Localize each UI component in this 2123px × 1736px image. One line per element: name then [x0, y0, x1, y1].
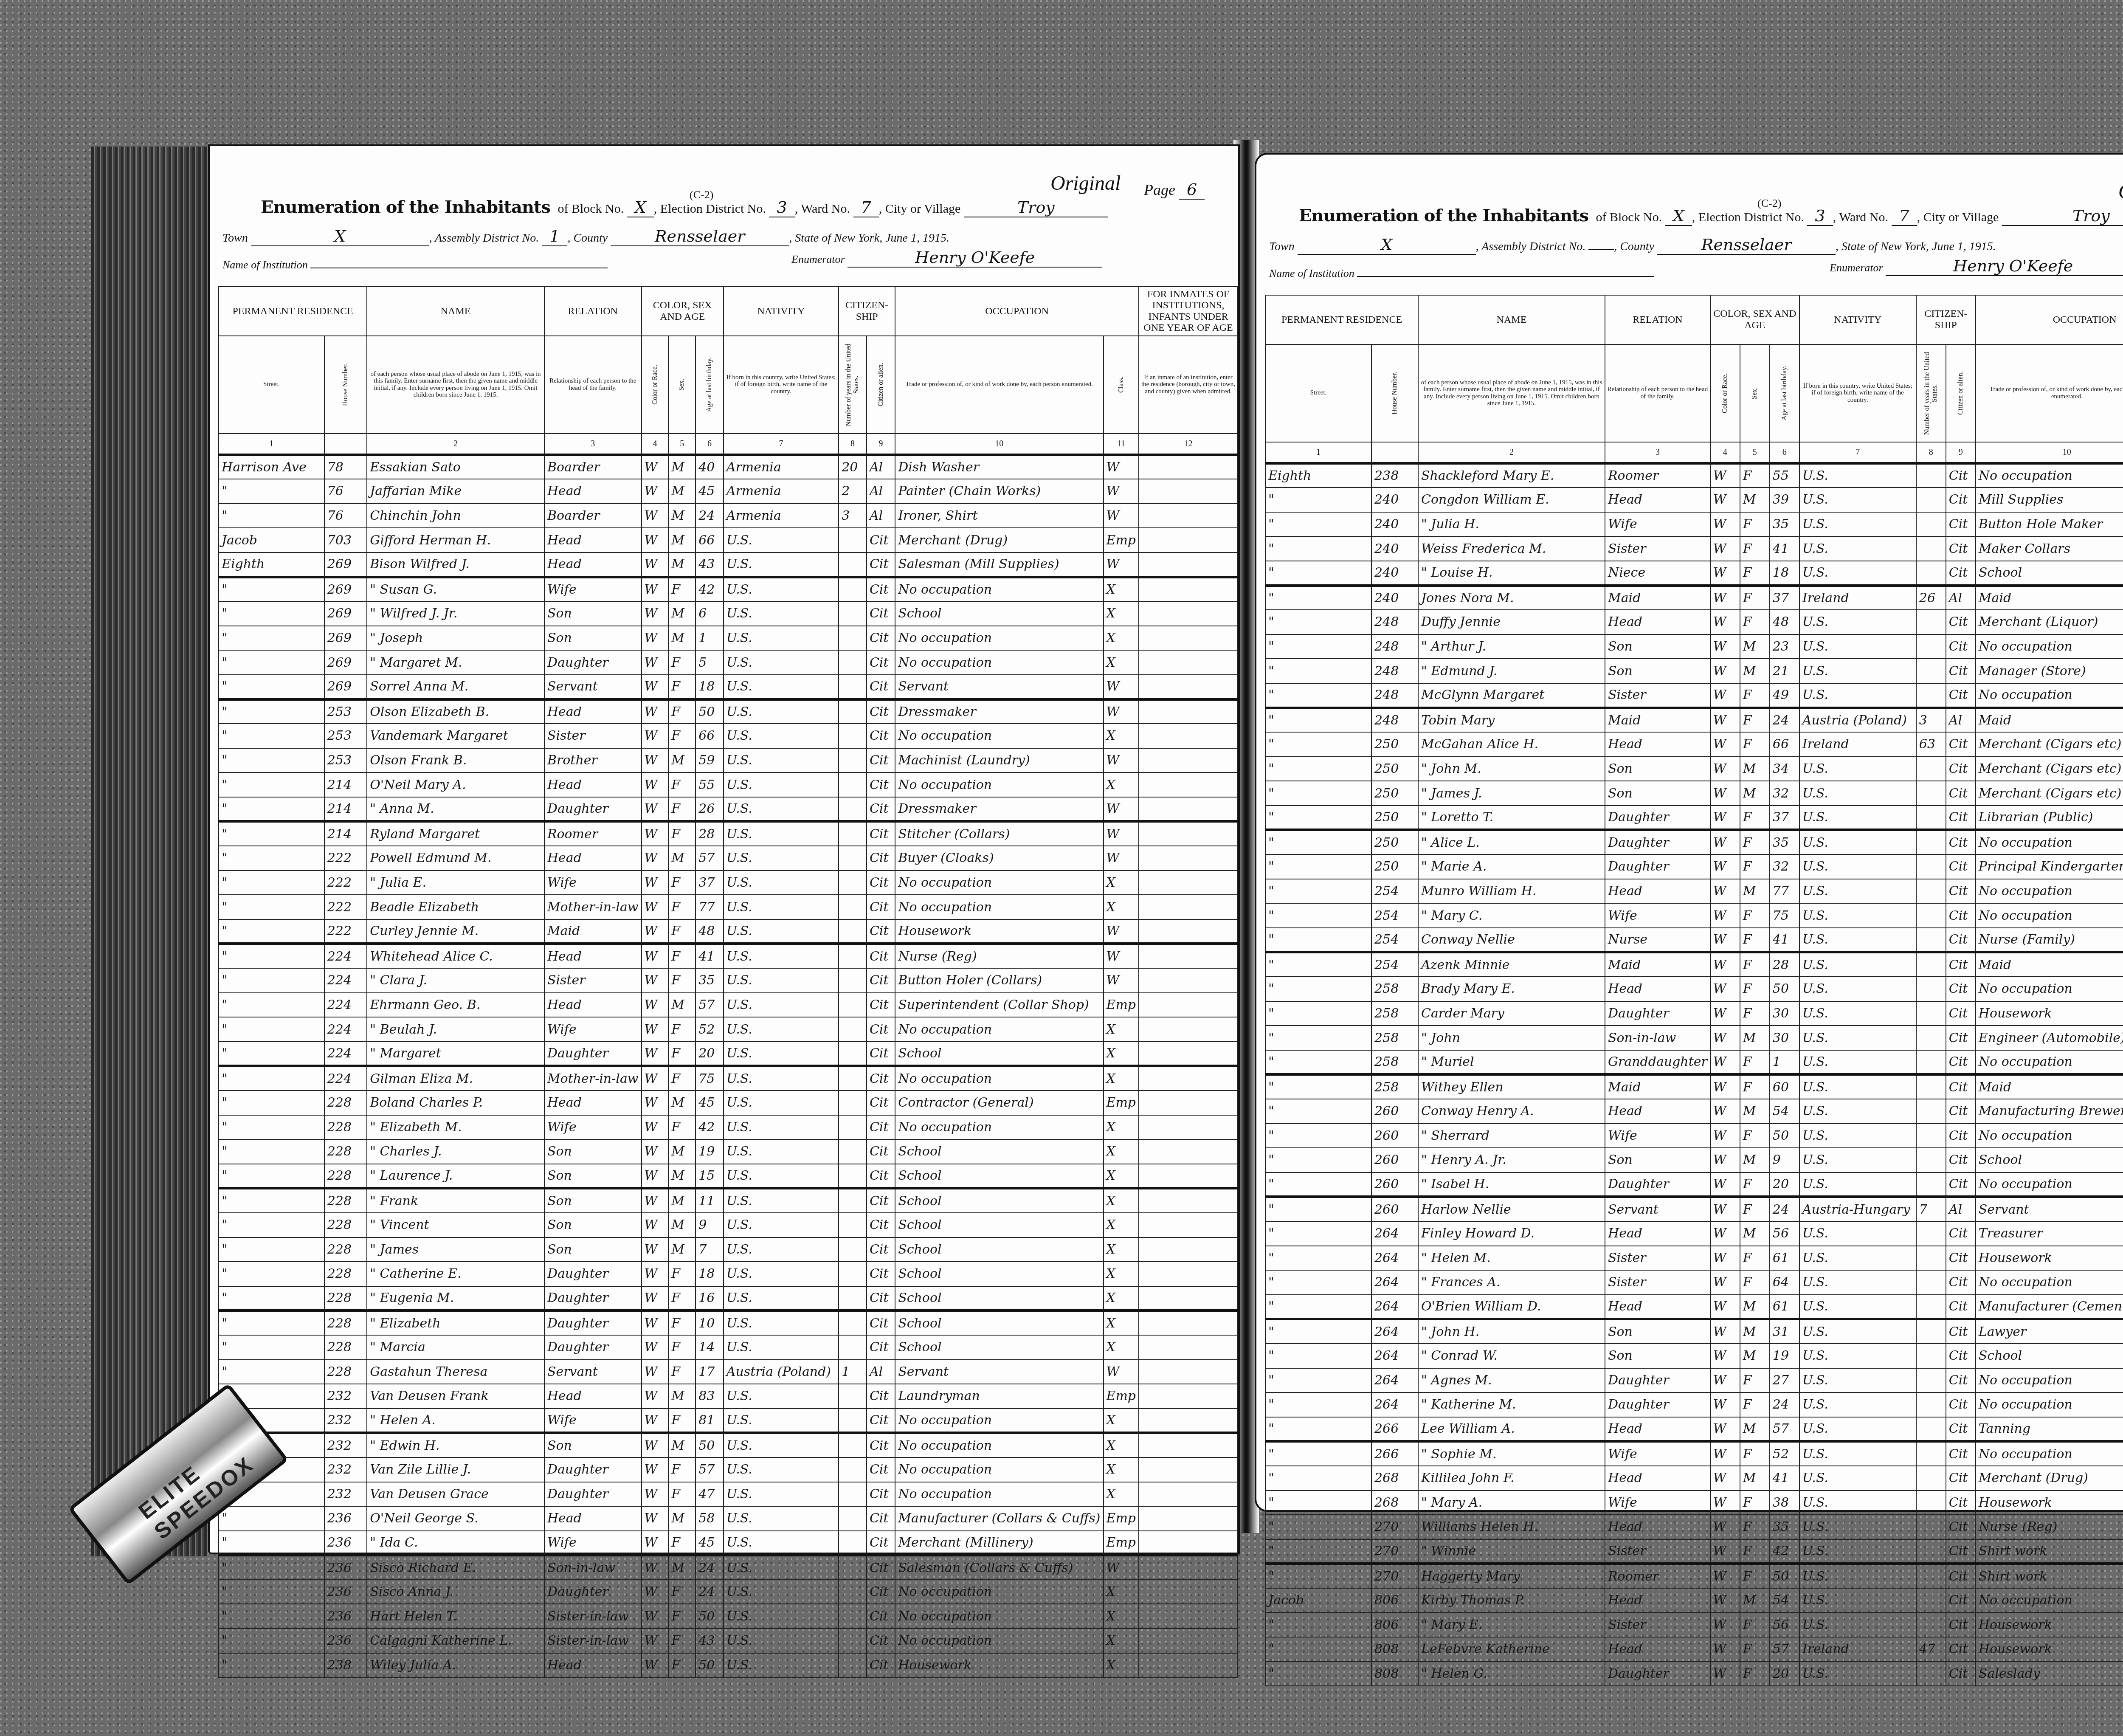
cell-age: 38	[1770, 1491, 1799, 1515]
cell-name: Finley Howard D.	[1418, 1221, 1605, 1246]
cell-cit: Cit	[1946, 1466, 1976, 1491]
cell-age: 18	[1770, 561, 1799, 586]
cell-street: "	[1265, 1344, 1371, 1368]
cell-house: 258	[1371, 1026, 1418, 1050]
cell-sex: M	[668, 552, 695, 577]
cell-nat: U.S.	[1799, 463, 1916, 488]
cell-house: 224	[324, 993, 367, 1017]
cell-nat: U.S.	[724, 1506, 839, 1531]
cell-name: Brady Mary E.	[1418, 977, 1605, 1001]
cell-cit: Cit	[867, 601, 895, 626]
assembly-label: Assembly District No.	[1481, 240, 1585, 253]
cell-occ: No occupation	[895, 577, 1103, 602]
cell-sex: F	[1740, 561, 1770, 586]
cell-house: 254	[1371, 879, 1418, 904]
cell-age: 50	[1770, 1124, 1799, 1148]
cell-color: W	[1710, 928, 1740, 953]
cell-age: 41	[1770, 1466, 1799, 1491]
cell-nat: Ireland	[1799, 586, 1916, 610]
cell-nat: U.S.	[724, 1091, 839, 1115]
cell-cit: Cit	[867, 1580, 895, 1604]
cell-sex: M	[668, 528, 695, 552]
census-entry-row: "269" Margaret M.DaughterWF5U.S.CitNo oc…	[219, 650, 1238, 675]
cell-house: 264	[1371, 1319, 1418, 1344]
cell-street: "	[1265, 683, 1371, 708]
cell-house: 260	[1371, 1172, 1418, 1197]
cell-street: "	[219, 944, 324, 968]
cell-yrs	[839, 968, 867, 993]
cell-color: W	[642, 1360, 669, 1384]
cell-yrs	[839, 1482, 867, 1507]
cell-nat: U.S.	[1799, 634, 1916, 659]
cell-cit: Cit	[1946, 1539, 1976, 1564]
census-entry-row: "264" Frances A.SisterWF64U.S.CitNo occu…	[1265, 1270, 2123, 1295]
cell-inst	[1139, 1115, 1238, 1140]
state-date: State of New York, June 1, 1915.	[1841, 240, 1996, 253]
census-entry-row: "238Wiley Julia A.HeadWF50U.S.CitHousewo…	[219, 1653, 1238, 1678]
cell-sex: F	[668, 895, 695, 919]
cell-yrs	[1916, 512, 1946, 537]
cell-age: 7	[695, 1237, 724, 1262]
cell-house: 236	[324, 1604, 367, 1629]
cell-occ: School	[1976, 1344, 2123, 1368]
cell-color: W	[642, 1555, 669, 1580]
census-entry-row: "253Olson Elizabeth B.HeadWF50U.S.CitDre…	[219, 699, 1238, 724]
cell-age: 50	[695, 1604, 724, 1629]
col-occupation: OCCUPATION	[895, 287, 1139, 336]
census-entry-row: "254Munro William H.HeadWM77U.S.CitNo oc…	[1265, 879, 2123, 904]
cell-yrs	[1916, 536, 1946, 561]
cell-nat: U.S.	[1799, 1441, 1916, 1466]
cell-inst	[1139, 821, 1238, 846]
cell-name: Bison Wilfred J.	[367, 552, 544, 577]
cell-age: 35	[695, 968, 724, 993]
cell-sex: F	[1740, 1001, 1770, 1026]
cell-street: "	[1265, 1491, 1371, 1515]
cell-rel: Daughter	[1605, 1368, 1710, 1393]
cell-house: 76	[324, 504, 367, 528]
census-entry-row: "258Withey EllenMaidWF60U.S.CitMaidW	[1265, 1074, 2123, 1099]
cell-house: 250	[1371, 806, 1418, 830]
cell-rel: Son	[544, 1188, 642, 1213]
cell-inst	[1139, 1188, 1238, 1213]
census-entry-row: "76Chinchin JohnBoarderWM24Armenia3AlIro…	[219, 504, 1238, 528]
cell-name: Tobin Mary	[1418, 708, 1605, 733]
cell-yrs	[839, 528, 867, 552]
cell-cls: X	[1104, 1629, 1139, 1653]
col-name-desc: of each person whose usual place of abod…	[367, 336, 544, 434]
cell-rel: Wife	[1605, 1441, 1710, 1466]
cell-yrs	[839, 846, 867, 871]
cell-yrs	[839, 1017, 867, 1042]
cell-street: "	[1265, 1197, 1371, 1221]
cell-sex: F	[1740, 1172, 1770, 1197]
cell-rel: Head	[1605, 879, 1710, 904]
cell-cit: Cit	[1946, 1295, 1976, 1319]
cell-street: "	[219, 1310, 324, 1335]
cell-color: W	[642, 675, 669, 699]
cell-nat: U.S.	[724, 1139, 839, 1164]
cell-house: 806	[1371, 1588, 1418, 1613]
cell-color: W	[642, 821, 669, 846]
cell-cit: Cit	[867, 1164, 895, 1189]
cell-cit: Al	[867, 455, 895, 479]
cell-age: 32	[1770, 781, 1799, 806]
cell-name: " Marcia	[367, 1335, 544, 1360]
census-entry-row: "250" Marie A.DaughterWF32U.S.CitPrincip…	[1265, 854, 2123, 879]
census-entry-row: "222Powell Edmund M.HeadWM57U.S.CitBuyer…	[219, 846, 1238, 871]
cell-house: 228	[324, 1237, 367, 1262]
cell-occ: Saleslady	[1976, 1662, 2123, 1686]
cell-age: 45	[695, 1531, 724, 1556]
column-number: 5	[1740, 442, 1770, 463]
cell-inst	[1139, 1604, 1238, 1629]
cell-cit: Cit	[1946, 1099, 1976, 1124]
cell-house: 270	[1371, 1539, 1418, 1564]
census-entry-row: "269" Susan G.WifeWF42U.S.CitNo occupati…	[219, 577, 1238, 602]
cell-age: 30	[1770, 1026, 1799, 1050]
cell-yrs	[839, 748, 867, 773]
cell-street: "	[1265, 757, 1371, 781]
cell-name: Azenk Minnie	[1418, 952, 1605, 977]
cell-name: " Joseph	[367, 626, 544, 651]
cell-street: "	[1265, 1441, 1371, 1466]
cell-occ: Dish Washer	[895, 455, 1103, 479]
cell-house: 254	[1371, 903, 1418, 928]
cell-cls: X	[1104, 1115, 1139, 1140]
page-header: (C-2) Original Page 6 Enumeration of the…	[210, 146, 1238, 282]
census-entry-row: "248McGlynn MargaretSisterWF49U.S.CitNo …	[1265, 683, 2123, 708]
cell-age: 66	[1770, 732, 1799, 757]
cell-age: 58	[695, 1506, 724, 1531]
cell-rel: Roomer	[544, 821, 642, 846]
cell-nat: Austria-Hungary	[1799, 1197, 1916, 1221]
census-entry-row: "224" Clara J.SisterWF35U.S.CitButton Ho…	[219, 968, 1238, 993]
cell-color: W	[642, 577, 669, 602]
cell-color: W	[1710, 1368, 1740, 1393]
cell-age: 1	[695, 626, 724, 651]
column-number: 11	[1104, 434, 1139, 455]
cell-color: W	[1710, 1099, 1740, 1124]
cell-yrs	[1916, 1221, 1946, 1246]
cell-age: 24	[1770, 1197, 1799, 1221]
cell-sex: M	[668, 1213, 695, 1237]
cell-occ: No occupation	[1976, 1368, 2123, 1393]
cell-cit: Cit	[1946, 1515, 1976, 1539]
cell-cls: X	[1104, 650, 1139, 675]
col-nativity: NATIVITY	[724, 287, 839, 336]
cell-name: " Elizabeth	[367, 1310, 544, 1335]
cell-cls: X	[1104, 1164, 1139, 1189]
cell-cls: W	[1104, 748, 1139, 773]
census-entry-row: "808LeFebvre KatherineHeadWF57Ireland47C…	[1265, 1637, 2123, 1662]
cell-occ: Salesman (Mill Supplies)	[895, 552, 1103, 577]
cell-cit: Cit	[1946, 903, 1976, 928]
census-entry-row: "236Hart Helen T.Sister-in-lawWF50U.S.Ci…	[219, 1604, 1238, 1629]
cell-age: 17	[695, 1360, 724, 1384]
cell-age: 6	[695, 601, 724, 626]
cell-yrs	[839, 919, 867, 944]
page-title: Enumeration of the Inhabitants	[261, 197, 550, 217]
cell-rel: Head	[544, 772, 642, 797]
cell-age: 45	[695, 1091, 724, 1115]
cell-rel: Niece	[1605, 561, 1710, 586]
cell-color: W	[642, 1506, 669, 1531]
cell-house: 808	[1371, 1637, 1418, 1662]
cell-nat: U.S.	[1799, 928, 1916, 953]
cell-occ: School	[1976, 1148, 2123, 1172]
cell-cit: Cit	[1946, 1637, 1976, 1662]
census-entry-row: "222Beadle ElizabethMother-in-lawWF77U.S…	[219, 895, 1238, 919]
cell-color: W	[1710, 903, 1740, 928]
cell-street: "	[1265, 732, 1371, 757]
column-number: 5	[668, 434, 695, 455]
cell-house: 269	[324, 577, 367, 602]
cell-nat: U.S.	[724, 871, 839, 895]
cell-nat: U.S.	[724, 944, 839, 968]
cell-rel: Wife	[1605, 1124, 1710, 1148]
cell-nat: U.S.	[724, 1555, 839, 1580]
cell-rel: Sister	[1605, 1270, 1710, 1295]
cell-house: 253	[324, 748, 367, 773]
cell-name: " Arthur J.	[1418, 634, 1605, 659]
cell-yrs	[839, 944, 867, 968]
cell-occ: Dressmaker	[895, 699, 1103, 724]
census-entry-row: "258Carder MaryDaughterWF30U.S.CitHousew…	[1265, 1001, 2123, 1026]
cell-nat: Ireland	[1799, 732, 1916, 757]
cell-house: 240	[1371, 536, 1418, 561]
cell-yrs	[1916, 1270, 1946, 1295]
cell-occ: Treasurer	[1976, 1221, 2123, 1246]
cell-nat: U.S.	[1799, 1368, 1916, 1393]
cell-occ: School	[895, 1164, 1103, 1189]
census-entry-row: "214Ryland MargaretRoomerWF28U.S.CitStit…	[219, 821, 1238, 846]
cell-rel: Wife	[1605, 512, 1710, 537]
cell-yrs: 20	[839, 455, 867, 479]
ward-label: Ward No.	[1839, 210, 1888, 224]
cell-sex: F	[1740, 463, 1770, 488]
cell-cit: Cit	[1946, 512, 1976, 537]
cell-nat: U.S.	[1799, 1221, 1916, 1246]
cell-inst	[1139, 1360, 1238, 1384]
cell-sex: F	[668, 1066, 695, 1091]
cell-rel: Son	[1605, 781, 1710, 806]
cell-sex: M	[1740, 659, 1770, 683]
census-entry-row: "236Sisco Anna J.DaughterWF24U.S.CitNo o…	[219, 1580, 1238, 1604]
cell-sex: F	[668, 1115, 695, 1140]
cell-house: 228	[324, 1115, 367, 1140]
cell-rel: Maid	[1605, 952, 1710, 977]
city-label: City or Village	[1923, 210, 1999, 224]
cell-color: W	[642, 1262, 669, 1286]
census-entry-row: Jacob703Gifford Herman H.HeadWM66U.S.Cit…	[219, 528, 1238, 552]
cell-house: 228	[324, 1360, 367, 1384]
cell-age: 61	[1770, 1295, 1799, 1319]
census-entry-row: Eighth238Shackleford Mary E.RoomerWF55U.…	[1265, 463, 2123, 488]
cell-name: Ryland Margaret	[367, 821, 544, 846]
cell-street: "	[1265, 1001, 1371, 1026]
cell-street: "	[219, 1506, 324, 1531]
cell-cit: Al	[867, 504, 895, 528]
cell-color: W	[1710, 806, 1740, 830]
cell-rel: Daughter	[1605, 806, 1710, 830]
cell-nat: U.S.	[724, 748, 839, 773]
cell-yrs	[1916, 1612, 1946, 1637]
election-district-label: Election District No.	[660, 202, 766, 216]
cell-yrs	[1916, 1050, 1946, 1075]
cell-street: "	[1265, 1539, 1371, 1564]
cell-rel: Daughter	[544, 1457, 642, 1482]
cell-color: W	[642, 724, 669, 748]
cell-age: 52	[695, 1017, 724, 1042]
cell-occ: Housework	[1976, 1612, 2123, 1637]
cell-color: W	[642, 455, 669, 479]
cell-rel: Maid	[1605, 708, 1710, 733]
cell-street: "	[1265, 561, 1371, 586]
census-entry-row: "224" MargaretDaughterWF20U.S.CitSchoolX	[219, 1042, 1238, 1066]
cell-cls: X	[1104, 1188, 1139, 1213]
cell-cit: Cit	[867, 919, 895, 944]
cell-rel: Daughter	[1605, 1001, 1710, 1026]
cell-name: " Julia E.	[367, 871, 544, 895]
cell-nat: U.S.	[1799, 830, 1916, 854]
cell-house: 228	[324, 1139, 367, 1164]
cell-yrs	[1916, 1295, 1946, 1319]
cell-age: 24	[695, 1580, 724, 1604]
cell-name: Curley Jennie M.	[367, 919, 544, 944]
cell-occ: Principal Kindergarten	[1976, 854, 2123, 879]
census-page-right: (C-2) Original Page 7 Enumeration of the…	[1255, 153, 2123, 1512]
cell-house: 232	[324, 1433, 367, 1457]
cell-color: W	[642, 797, 669, 822]
cell-rel: Sister	[1605, 1246, 1710, 1271]
cell-name: Shackleford Mary E.	[1418, 463, 1605, 488]
cell-age: 32	[1770, 854, 1799, 879]
col-color: Color or Race.	[642, 336, 669, 434]
census-table-left: PERMANENT RESIDENCE NAME RELATION COLOR,…	[218, 286, 1238, 1678]
cell-house: 270	[1371, 1564, 1418, 1588]
cell-nat: U.S.	[1799, 1319, 1916, 1344]
cell-nat: U.S.	[1799, 1612, 1916, 1637]
cell-cit: Cit	[867, 772, 895, 797]
cell-name: Withey Ellen	[1418, 1074, 1605, 1099]
cell-cls: Emp	[1104, 1506, 1139, 1531]
cell-yrs	[839, 1188, 867, 1213]
col-relation: RELATION	[544, 287, 642, 336]
cell-rel: Servant	[1605, 1197, 1710, 1221]
cell-occ: Engineer (Automobile)	[1976, 1026, 2123, 1050]
cell-nat: U.S.	[724, 1164, 839, 1189]
cell-name: " Margaret M.	[367, 650, 544, 675]
cell-name: Powell Edmund M.	[367, 846, 544, 871]
cell-street: "	[219, 1653, 324, 1678]
cell-age: 81	[695, 1409, 724, 1433]
enumerator-value: Henry O'Keefe	[848, 248, 1102, 268]
cell-age: 19	[1770, 1344, 1799, 1368]
cell-yrs	[839, 772, 867, 797]
cell-street: "	[1265, 903, 1371, 928]
census-entry-row: "228" Catherine E.DaughterWF18U.S.CitSch…	[219, 1262, 1238, 1286]
cell-rel: Head	[544, 944, 642, 968]
cell-age: 66	[695, 724, 724, 748]
cell-rel: Sister	[544, 724, 642, 748]
cell-cit: Cit	[867, 748, 895, 773]
cell-age: 57	[695, 993, 724, 1017]
census-entry-row: "260" Henry A. Jr.SonWM9U.S.CitSchoolX	[1265, 1148, 2123, 1172]
cell-color: W	[1710, 561, 1740, 586]
cell-age: 9	[695, 1213, 724, 1237]
cell-cit: Cit	[867, 552, 895, 577]
cell-yrs	[1916, 1564, 1946, 1588]
cell-inst	[1139, 577, 1238, 602]
census-entry-row: "236Sisco Richard E.Son-in-lawWM24U.S.Ci…	[219, 1555, 1238, 1580]
census-entry-row: "240" Julia H.WifeWF35U.S.CitButton Hole…	[1265, 512, 2123, 537]
cell-house: 260	[1371, 1099, 1418, 1124]
cell-color: W	[1710, 1637, 1740, 1662]
cell-age: 41	[1770, 928, 1799, 953]
block-value: X	[1665, 206, 1692, 226]
cell-rel: Daughter	[544, 1482, 642, 1507]
cell-rel: Son-in-law	[1605, 1026, 1710, 1050]
cell-house: 258	[1371, 1074, 1418, 1099]
cell-yrs	[1916, 1099, 1946, 1124]
cell-color: W	[642, 1384, 669, 1409]
column-number: 3	[1605, 442, 1710, 463]
cell-age: 35	[1770, 1515, 1799, 1539]
cell-sex: F	[1740, 1074, 1770, 1099]
cell-age: 57	[1770, 1417, 1799, 1442]
cell-nat: U.S.	[1799, 1588, 1916, 1613]
cell-cls: Emp	[1104, 1384, 1139, 1409]
census-entry-row: "228" MarciaDaughterWF14U.S.CitSchoolX	[219, 1335, 1238, 1360]
cell-age: 15	[695, 1164, 724, 1189]
cell-color: W	[642, 552, 669, 577]
cell-occ: Ironer, Shirt	[895, 504, 1103, 528]
col-name-desc: of each person whose usual place of abod…	[1418, 344, 1605, 442]
cell-house: 228	[324, 1091, 367, 1115]
census-entry-row: "232" Edwin H.SonWM50U.S.CitNo occupatio…	[219, 1433, 1238, 1457]
cell-name: " Muriel	[1418, 1050, 1605, 1075]
cell-occ: Laundryman	[895, 1384, 1103, 1409]
cell-name: " John	[1418, 1026, 1605, 1050]
cell-street: Jacob	[219, 528, 324, 552]
cell-cit: Cit	[1946, 1246, 1976, 1271]
cell-rel: Son	[1605, 1319, 1710, 1344]
cell-yrs	[839, 1310, 867, 1335]
cell-yrs	[839, 1457, 867, 1482]
cell-rel: Son	[544, 1433, 642, 1457]
cell-name: O'Neil George S.	[367, 1506, 544, 1531]
cell-cit: Cit	[1946, 1319, 1976, 1344]
cell-cit: Cit	[1946, 806, 1976, 830]
title-line: Enumeration of the Inhabitants of Block …	[261, 197, 1108, 217]
column-number: 7	[724, 434, 839, 455]
cell-cls: X	[1104, 895, 1139, 919]
cell-rel: Head	[544, 699, 642, 724]
cell-house: 258	[1371, 1001, 1418, 1026]
town-value: X	[251, 227, 429, 246]
cell-inst	[1139, 528, 1238, 552]
cell-age: 21	[1770, 659, 1799, 683]
col-name: NAME	[1418, 295, 1605, 344]
cell-name: Van Zile Lillie J.	[367, 1457, 544, 1482]
cell-rel: Daughter	[1605, 830, 1710, 854]
cell-cls: X	[1104, 626, 1139, 651]
cell-nat: U.S.	[724, 1335, 839, 1360]
cell-yrs	[839, 1555, 867, 1580]
cell-sex: F	[668, 1629, 695, 1653]
cell-house: 222	[324, 846, 367, 871]
